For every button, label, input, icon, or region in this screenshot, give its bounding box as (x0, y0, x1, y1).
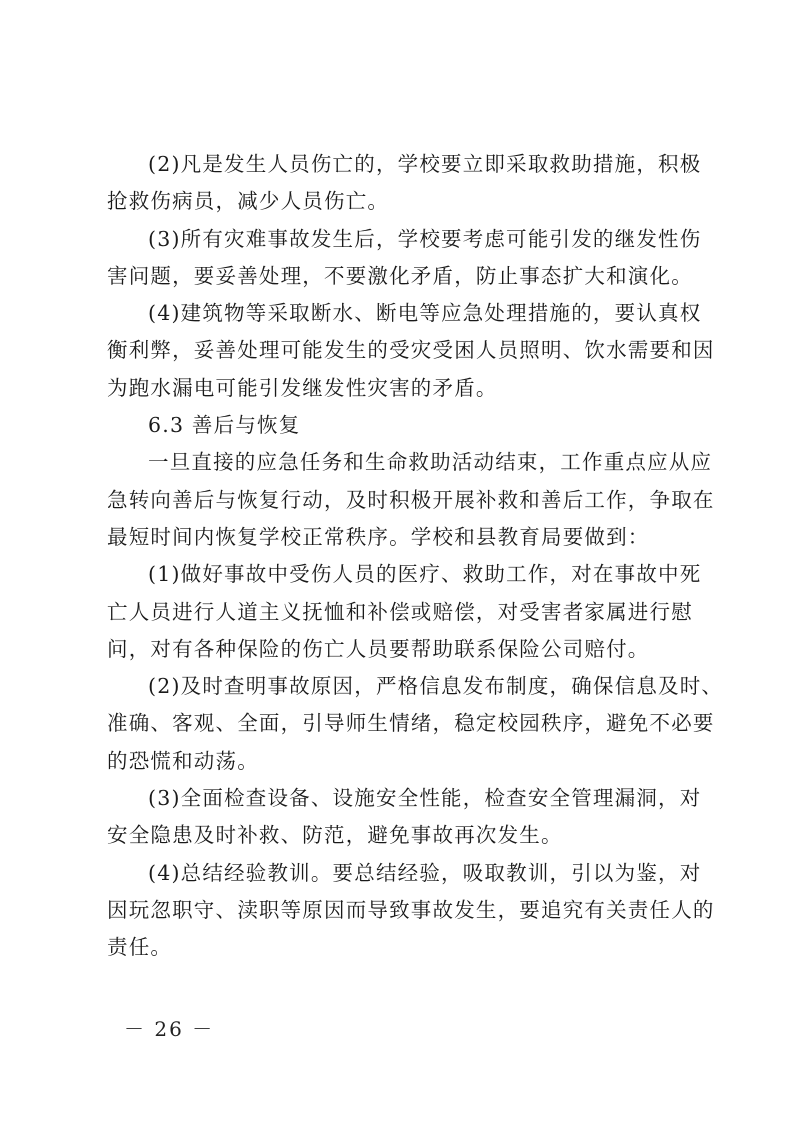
text-line: 安全隐患及时补救、防范，避免事故再次发生。 (107, 817, 689, 854)
text-line: 最短时间内恢复学校正常秩序。学校和县教育局要做到： (107, 519, 689, 556)
text-line: (2)凡是发生人员伤亡的，学校要立即采取救助措施，积极 (107, 146, 689, 183)
text-line: 急转向善后与恢复行动，及时积极开展补救和善后工作，争取在 (107, 482, 689, 519)
document-page: (2)凡是发生人员伤亡的，学校要立即采取救助措施，积极 抢救伤病员，减少人员伤亡… (0, 0, 793, 1122)
text-line: 因玩忽职守、渎职等原因而导致事故发生，要追究有关责任人的 (107, 892, 689, 929)
text-line: (4)建筑物等采取断水、断电等应急处理措施的，要认真权 (107, 295, 689, 332)
text-line: (3)全面检查设备、设施安全性能，检查安全管理漏洞，对 (107, 780, 689, 817)
text-line: (2)及时查明事故原因，严格信息发布制度，确保信息及时、 (107, 668, 689, 705)
text-line: 抢救伤病员，减少人员伤亡。 (107, 183, 689, 220)
text-line: (1)做好事故中受伤人员的医疗、救助工作，对在事故中死 (107, 556, 689, 593)
text-line: 衡利弊，妥善处理可能发生的受灾受困人员照明、饮水需要和因 (107, 332, 689, 369)
page-number: － 26 － (124, 1013, 214, 1042)
text-line: 的恐慌和动荡。 (107, 743, 689, 780)
text-line: 为跑水漏电可能引发继发性灾害的矛盾。 (107, 370, 689, 407)
text-line: 准确、客观、全面，引导师生情绪，稳定校园秩序，避免不必要 (107, 705, 689, 742)
text-line: 责任。 (107, 929, 689, 966)
text-line: 问，对有各种保险的伤亡人员要帮助联系保险公司赔付。 (107, 631, 689, 668)
text-line: 一旦直接的应急任务和生命救助活动结束，工作重点应从应 (107, 444, 689, 481)
text-line: (4)总结经验教训。要总结经验，吸取教训，引以为鉴，对 (107, 855, 689, 892)
text-line: 害问题，要妥善处理，不要激化矛盾，防止事态扩大和演化。 (107, 258, 689, 295)
text-line: 亡人员进行人道主义抚恤和补偿或赔偿，对受害者家属进行慰 (107, 594, 689, 631)
section-heading: 6.3 善后与恢复 (107, 407, 689, 444)
body-text: (2)凡是发生人员伤亡的，学校要立即采取救助措施，积极 抢救伤病员，减少人员伤亡… (107, 146, 689, 967)
text-line: (3)所有灾难事故发生后，学校要考虑可能引发的继发性伤 (107, 221, 689, 258)
